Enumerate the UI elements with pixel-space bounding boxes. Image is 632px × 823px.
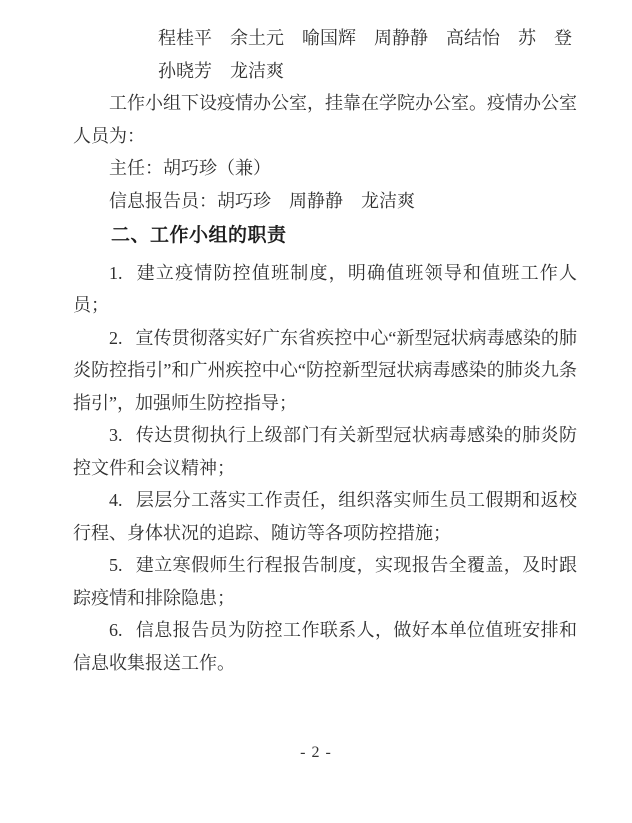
item-number: 3. [109,425,123,445]
member-names-line-2: 孙晓芳 龙洁爽 [73,55,577,88]
item-text: 层层分工落实工作责任，组织落实师生员工假期和返校行程、身体状况的追踪、随访等各项… [73,490,577,543]
document-page: 程桂平 余土元 喻国辉 周静静 高结怡 苏 登 孙晓芳 龙洁爽 工作小组下设疫情… [0,0,632,823]
item-number: 1. [109,263,123,283]
item-text: 宣传贯彻落实好广东省疾控中心“新型冠状病毒感染的肺炎防控指引”和广州疾控中心“防… [73,328,577,413]
item-number: 2. [109,328,123,348]
duty-item-4: 4.层层分工落实工作责任，组织落实师生员工假期和返校行程、身体状况的追踪、随访等… [73,484,577,549]
duty-item-5: 5.建立寒假师生行程报告制度，实现报告全覆盖，及时跟踪疫情和排除隐患； [73,549,577,614]
paragraph-epidemic-office: 工作小组下设疫情办公室，挂靠在学院办公室。疫情办公室人员为： [73,87,577,152]
item-text: 建立寒假师生行程报告制度，实现报告全覆盖，及时跟踪疫情和排除隐患； [73,555,577,608]
item-number: 5. [109,555,123,575]
page-number: - 2 - [0,744,632,762]
member-names-line-1: 程桂平 余土元 喻国辉 周静静 高结怡 苏 登 [73,22,577,55]
section-heading-duties: 二、工作小组的职责 [73,220,577,253]
item-text: 建立疫情防控值班制度，明确值班领导和值班工作人员； [73,263,577,316]
duty-item-2: 2.宣传贯彻落实好广东省疾控中心“新型冠状病毒感染的肺炎防控指引”和广州疾控中心… [73,322,577,420]
duty-item-6: 6.信息报告员为防控工作联系人，做好本单位值班安排和信息收集报送工作。 [73,614,577,679]
duty-item-1: 1.建立疫情防控值班制度，明确值班领导和值班工作人员； [73,257,577,322]
paragraph-info-reporters: 信息报告员：胡巧珍 周静静 龙洁爽 [73,185,577,218]
item-text: 信息报告员为防控工作联系人，做好本单位值班安排和信息收集报送工作。 [73,620,577,673]
duty-item-3: 3.传达贯彻执行上级部门有关新型冠状病毒感染的肺炎防控文件和会议精神； [73,419,577,484]
item-text: 传达贯彻执行上级部门有关新型冠状病毒感染的肺炎防控文件和会议精神； [73,425,577,478]
document-body: 程桂平 余土元 喻国辉 周静静 高结怡 苏 登 孙晓芳 龙洁爽 工作小组下设疫情… [73,22,577,679]
item-number: 6. [109,620,123,640]
member-names-continuation: 程桂平 余土元 喻国辉 周静静 高结怡 苏 登 孙晓芳 龙洁爽 [73,22,577,87]
paragraph-director: 主任：胡巧珍（兼） [73,152,577,185]
item-number: 4. [109,490,123,510]
